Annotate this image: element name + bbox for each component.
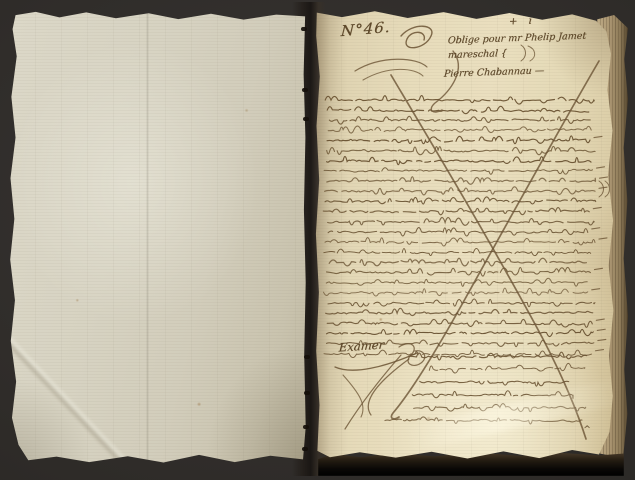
- stitch-mark: [302, 447, 308, 451]
- stitch-mark: [303, 117, 309, 121]
- stitch-mark: [303, 425, 309, 429]
- photo-background: N°46. + i Oblige pour mr Phelip Jamet ma…: [0, 0, 635, 480]
- page-fold-line: [146, 11, 149, 463]
- page-crease: [0, 329, 139, 478]
- stitch-mark: [304, 355, 310, 359]
- caret-mark: ^: [583, 425, 591, 435]
- stitch-mark: [304, 391, 310, 395]
- header-profession-line: mareschal {: [448, 48, 508, 61]
- right-page: N°46. + i Oblige pour mr Phelip Jamet ma…: [315, 9, 614, 459]
- left-page: [9, 11, 306, 463]
- stitch-mark: [301, 27, 307, 31]
- cross-mark: + i: [509, 16, 537, 28]
- stitch-mark: [302, 88, 308, 92]
